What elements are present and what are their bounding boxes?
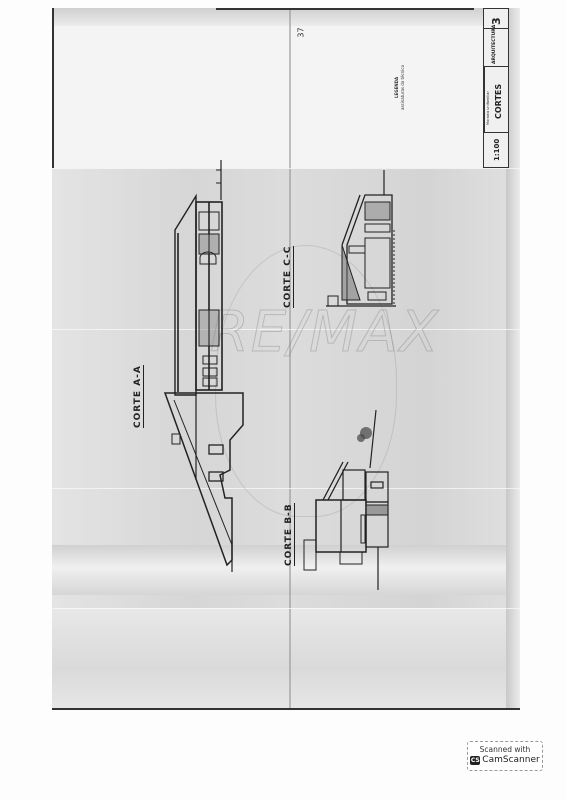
section-c-c-drawing: [326, 170, 396, 306]
scanned-page: 37 RE/MAX: [0, 0, 566, 800]
title-block-scale-cell: 1:100: [484, 133, 508, 167]
section-a-a-drawing: [165, 160, 243, 572]
section-label-b-b: CORTE B-B: [284, 503, 295, 566]
title-block: 3 ARQUITECTURA Moradia unifamiliar CORTE…: [483, 8, 509, 168]
section-label-c-c: CORTE C-C: [283, 246, 294, 308]
discipline: ARQUITECTURA: [492, 25, 497, 64]
legend-subtitle: assinaturas do técnico: [400, 65, 405, 110]
section-b-b-drawing: [304, 410, 388, 590]
title-block-title-cell: Moradia unifamiliar CORTES: [484, 67, 508, 133]
project-note: Moradia unifamiliar: [486, 91, 490, 125]
scale: 1:100: [493, 139, 501, 161]
title-block-discipline-cell: ARQUITECTURA: [484, 29, 508, 67]
legend-title: LEGENDA: [394, 77, 399, 98]
section-label-a-a: CORTE A-A: [133, 365, 144, 428]
section-drawings: [0, 0, 566, 800]
camscanner-logo-icon: CS: [470, 756, 480, 765]
camscanner-line1: Scanned with: [468, 745, 542, 754]
camscanner-badge: Scanned with CS CamScanner: [467, 741, 543, 771]
sheet-title: CORTES: [494, 84, 503, 119]
camscanner-line2: CamScanner: [482, 754, 539, 766]
